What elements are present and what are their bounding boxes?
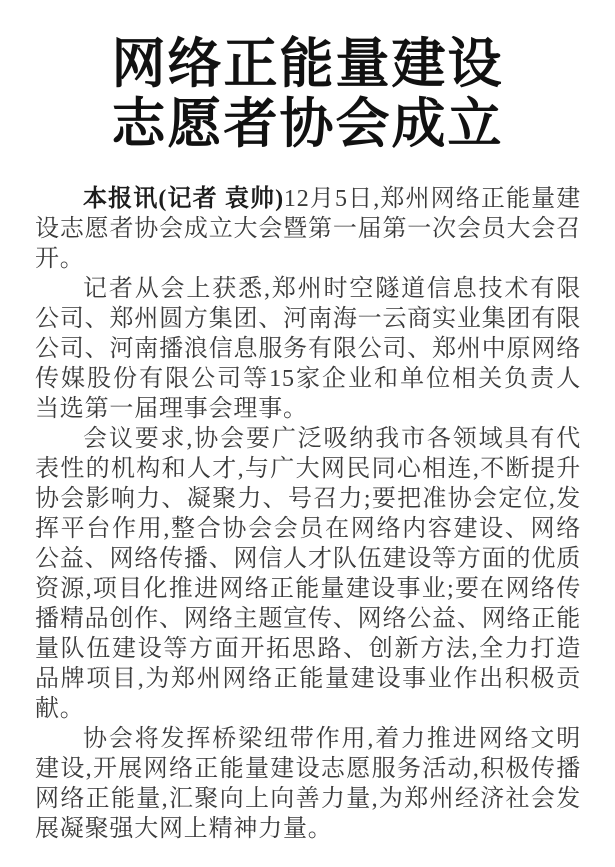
reporter-byline: (记者 袁帅) — [158, 186, 284, 212]
headline-line-2: 志愿者协会成立 — [0, 94, 615, 154]
lead-in-label: 本报讯 — [83, 186, 158, 212]
headline-line-1: 网络正能量建设 — [0, 34, 615, 94]
paragraph-text: 协会将发挥桥梁纽带作用,着力推进网络文明建设,开展网络正能量建设志愿服务活动,积… — [35, 726, 581, 842]
article-headline: 网络正能量建设 志愿者协会成立 — [0, 34, 615, 154]
newspaper-article-page: 网络正能量建设 志愿者协会成立 本报讯(记者 袁帅)12月5日,郑州网络正能量建… — [0, 0, 615, 867]
article-paragraph: 会议要求,协会要广泛吸纳我市各领域具有代表性的机构和人才,与广大网民同心相连,不… — [35, 424, 581, 724]
paragraph-text: 会议要求,协会要广泛吸纳我市各领域具有代表性的机构和人才,与广大网民同心相连,不… — [35, 426, 581, 722]
article-paragraph: 本报讯(记者 袁帅)12月5日,郑州网络正能量建设志愿者协会成立大会暨第一届第一… — [35, 184, 581, 274]
paragraph-text: 记者从会上获悉,郑州时空隧道信息技术有限公司、郑州圆方集团、河南海一云商实业集团… — [35, 276, 581, 422]
article-paragraph: 协会将发挥桥梁纽带作用,着力推进网络文明建设,开展网络正能量建设志愿服务活动,积… — [35, 724, 581, 844]
article-paragraph: 记者从会上获悉,郑州时空隧道信息技术有限公司、郑州圆方集团、河南海一云商实业集团… — [35, 274, 581, 424]
article-body: 本报讯(记者 袁帅)12月5日,郑州网络正能量建设志愿者协会成立大会暨第一届第一… — [35, 184, 581, 844]
